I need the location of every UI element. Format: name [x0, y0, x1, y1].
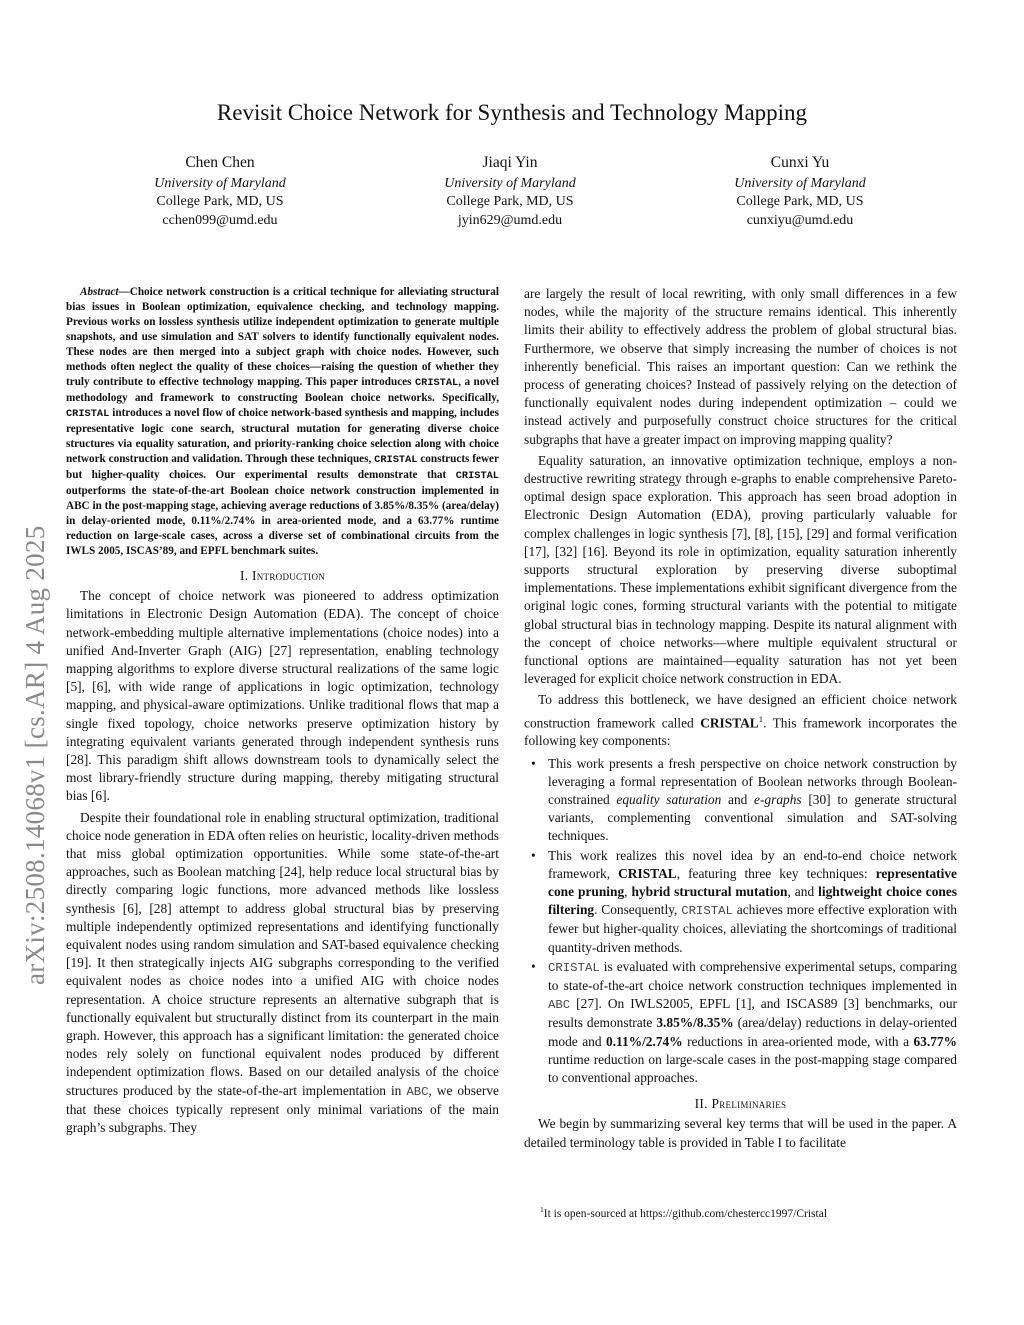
author-3: Cunxi Yu University of Maryland College … — [700, 154, 900, 230]
abstract: Abstract—Choice network construction is … — [66, 285, 499, 559]
left-column: Abstract—Choice network construction is … — [66, 285, 499, 1137]
author-affiliation: University of Maryland — [410, 175, 610, 194]
author-name: Jiaqi Yin — [410, 154, 610, 173]
tool-name: CRISTAL — [374, 454, 417, 466]
tool-name: CRISTAL — [681, 904, 733, 918]
abstract-text: Choice network construction is a critica… — [66, 286, 499, 388]
tool-name: CRISTAL — [548, 961, 600, 975]
section-heading-introduction: I. Introduction — [66, 567, 499, 585]
abstract-label: Abstract — [80, 286, 119, 298]
emphasis-text: e-graphs — [754, 792, 802, 807]
tool-name: ABC — [548, 998, 570, 1012]
result-value: 0.11%/2.74% — [606, 1034, 683, 1049]
tool-name: ABC — [406, 1085, 428, 1099]
emphasis-text: equality saturation — [616, 792, 721, 807]
preliminaries-paragraph: We begin by summarizing several key term… — [524, 1115, 957, 1151]
item-text: and — [721, 792, 754, 807]
item-text: runtime reduction on large-scale cases i… — [548, 1052, 957, 1085]
arxiv-identifier-stamp: arXiv:2508.14068v1 [cs.AR] 4 Aug 2025 — [20, 525, 51, 985]
author-2: Jiaqi Yin University of Maryland College… — [410, 154, 610, 230]
author-name: Chen Chen — [120, 154, 320, 173]
author-1: Chen Chen University of Maryland College… — [120, 154, 320, 230]
intro-paragraph-1: The concept of choice network was pionee… — [66, 587, 499, 805]
equality-saturation-paragraph: Equality saturation, an innovative optim… — [524, 452, 957, 689]
author-email: cunxiyu@umd.edu — [700, 212, 900, 231]
tool-name: CRISTAL — [415, 377, 458, 389]
author-location: College Park, MD, US — [700, 193, 900, 212]
item-text: . Consequently, — [594, 902, 681, 917]
cristal-intro-paragraph: To address this bottleneck, we have desi… — [524, 691, 957, 750]
author-block: Chen Chen University of Maryland College… — [120, 154, 900, 230]
intro-paragraph-2: Despite their foundational role in enabl… — [66, 809, 499, 1138]
footnote: 1It is open-sourced at https://github.co… — [540, 1205, 827, 1220]
result-value: 3.85%/8.35% — [656, 1015, 733, 1030]
section-heading-preliminaries: II. Preliminaries — [524, 1095, 957, 1113]
result-value: 63.77% — [913, 1034, 957, 1049]
author-location: College Park, MD, US — [120, 193, 320, 212]
framework-name: CRISTAL — [618, 866, 677, 881]
author-affiliation: University of Maryland — [700, 175, 900, 194]
paper-title: Revisit Choice Network for Synthesis and… — [0, 100, 1024, 126]
paragraph-text: Despite their foundational role in enabl… — [66, 810, 499, 1098]
author-name: Cunxi Yu — [700, 154, 900, 173]
author-email: cchen099@umd.edu — [120, 212, 320, 231]
tool-name: CRISTAL — [456, 470, 499, 482]
tool-name: CRISTAL — [66, 408, 109, 420]
abstract-text: outperforms the state-of-the-art Boolean… — [66, 485, 499, 557]
list-item: This work realizes this novel idea by an… — [548, 847, 957, 957]
framework-name: CRISTAL — [700, 715, 759, 730]
continued-paragraph: are largely the result of local rewritin… — [524, 285, 957, 449]
technique-name: hybrid structural mutation — [631, 884, 787, 899]
footnote-text[interactable]: It is open-sourced at https://github.com… — [544, 1208, 827, 1220]
author-affiliation: University of Maryland — [120, 175, 320, 194]
item-text: reductions in area-oriented mode, with a — [683, 1034, 914, 1049]
contributions-list: This work presents a fresh perspective o… — [524, 755, 957, 1088]
item-text: , featuring three key techniques: — [677, 866, 876, 881]
list-item: This work presents a fresh perspective o… — [548, 755, 957, 846]
item-text: , and — [787, 884, 818, 899]
right-column: are largely the result of local rewritin… — [524, 285, 957, 1152]
abstract-dash: — — [119, 286, 130, 298]
item-text: is evaluated with comprehensive experime… — [548, 959, 957, 993]
author-location: College Park, MD, US — [410, 193, 610, 212]
list-item: CRISTAL is evaluated with comprehensive … — [548, 958, 957, 1087]
author-email: jyin629@umd.edu — [410, 212, 610, 231]
